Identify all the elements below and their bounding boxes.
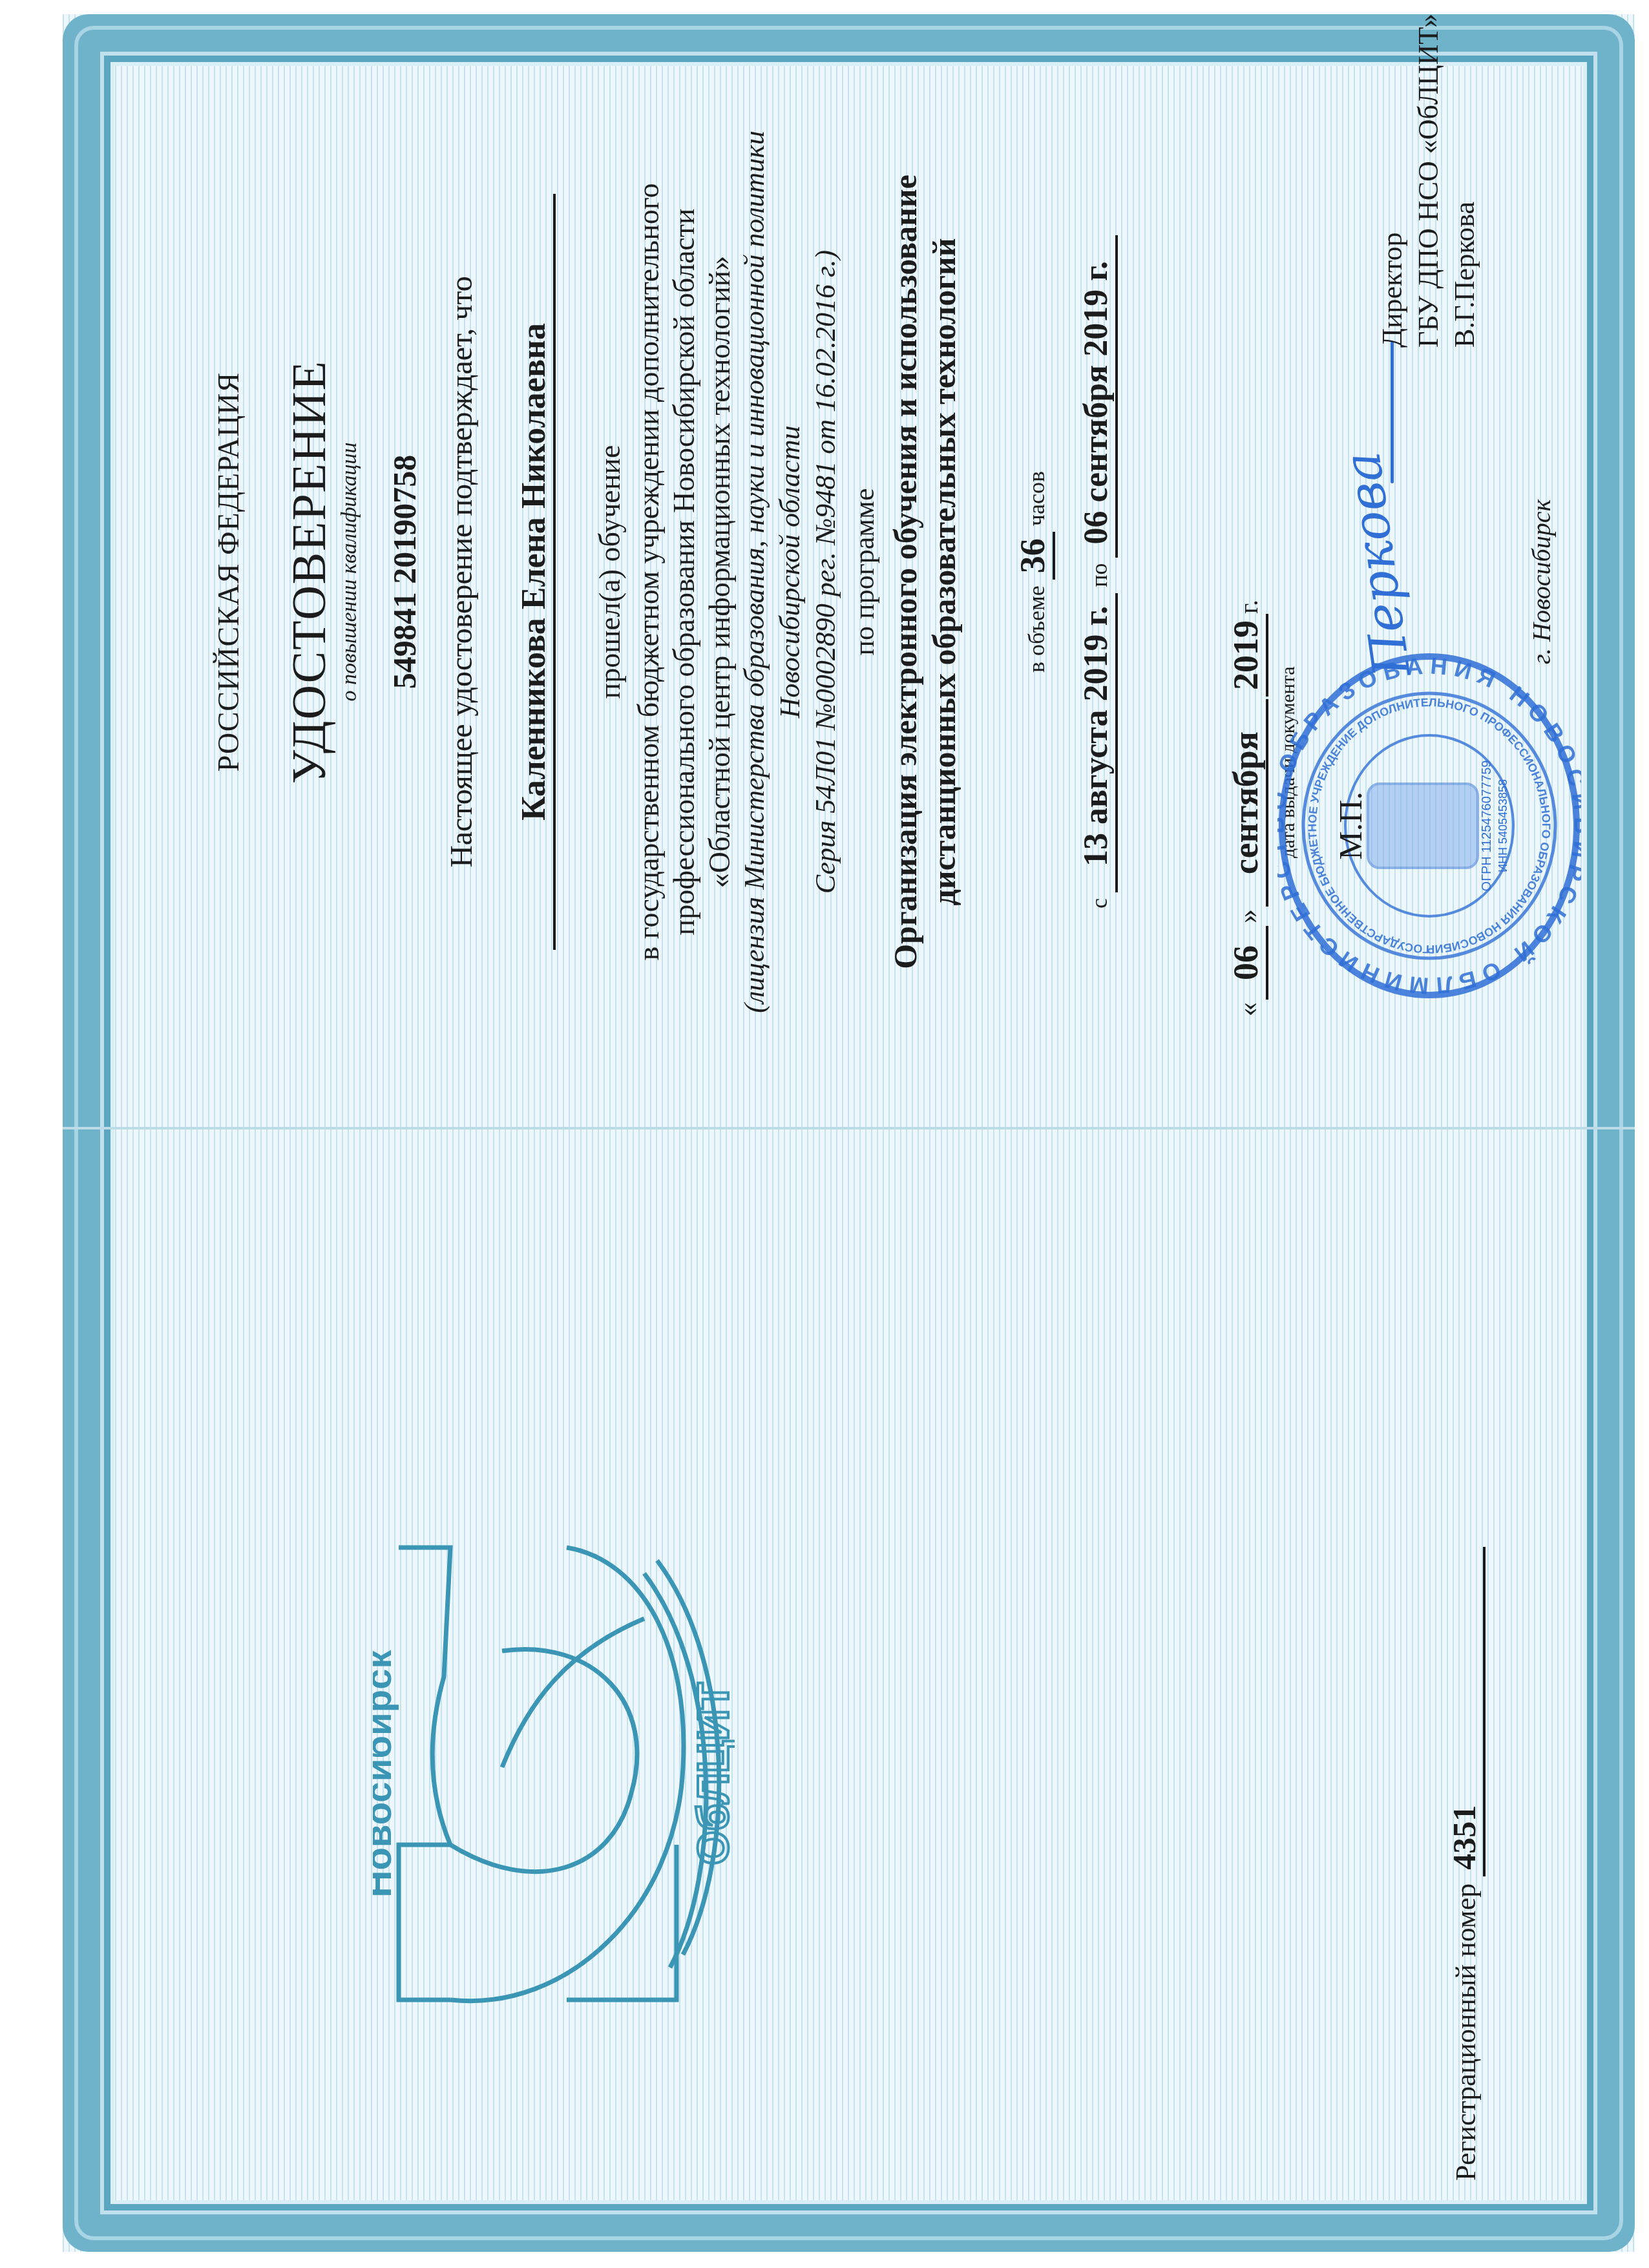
stamp-mp-label: М.П. — [1332, 792, 1369, 860]
full-name: Каленникова Елена Николаевна — [515, 194, 556, 950]
institution-line-2: профессионального образования Новосибирс… — [667, 14, 701, 1129]
full-name-row: Каленникова Елена Николаевна — [515, 14, 556, 1129]
completed-text: прошел(а) обучение — [593, 14, 627, 1129]
svg-text:Новосибирск: Новосибирск — [373, 1650, 399, 1898]
registration-line: Регистрационный номер 4351 — [1445, 1547, 1486, 2181]
stamp-ogrn: ОГРН 1125476077759 — [1480, 761, 1494, 892]
signer-title: Директор — [1374, 14, 1411, 348]
volume-hours: 36 — [1013, 532, 1055, 580]
period-row: с 13 августа 2019 г. по 06 сентября 2019… — [1077, 14, 1118, 1129]
oblcit-logo-icon: Новосибирск ОбЛЦИТ — [373, 1509, 735, 2039]
doc-title: УДОСТОВЕРЕНИЕ — [282, 14, 337, 1129]
signer-name: В.Г.Перкова — [1447, 14, 1483, 348]
volume-row: в объеме 36 часов — [1013, 14, 1055, 1129]
quote-close: » — [1232, 909, 1264, 923]
issue-day: 06 — [1226, 926, 1268, 1000]
signature-line — [1391, 341, 1394, 483]
official-stamp: МИНИСТЕРСТВО ОБРАЗОВАНИЯ НОВОСИБИРСКОЙ О… — [1277, 651, 1581, 1000]
period-to: 06 сентября 2019 г. — [1077, 235, 1118, 558]
volume-suffix: часов — [1024, 471, 1049, 526]
right-page: РОССИЙСКАЯ ФЕДЕРАЦИЯ УДОСТОВЕРЕНИЕ о пов… — [63, 14, 1635, 1129]
confirm-text: Настоящее удостоверение подтверждает, чт… — [444, 14, 479, 1129]
period-to-label: по — [1086, 563, 1112, 587]
program-line-2: дистанционных образовательных технологий — [925, 14, 963, 1129]
period-from-label: с — [1086, 898, 1112, 908]
program-line-1: Организация электронного обучения и испо… — [887, 14, 924, 1129]
doc-number: 549841 20190758 — [386, 14, 423, 1129]
issue-date: « 06 » сентября 2019г. — [1226, 600, 1268, 1016]
issue-year: 2019 — [1226, 614, 1268, 697]
license-line-2: Новосибирской области — [773, 14, 806, 1129]
signer-block: Директор ГБУ ДПО НСО «ОбЛЦИТ» В.Г.Перков… — [1374, 14, 1483, 348]
registration-number: 4351 — [1445, 1547, 1486, 1876]
certificate-sheet: Новосибирск ОбЛЦИТ Регистрационный номер… — [63, 14, 1635, 2252]
program-label: по программе — [848, 14, 881, 1129]
period-from: 13 августа 2019 г. — [1077, 593, 1118, 892]
institution-line-3: «Областной центр информационных технолог… — [702, 14, 737, 1129]
stamp-inn: ИНН 5405453858 — [1497, 779, 1509, 872]
signer-org: ГБУ ДПО НСО «ОбЛЦИТ» — [1411, 14, 1447, 348]
quote-open: « — [1232, 1002, 1264, 1016]
institution-line-1: в государственном бюджетном учреждении д… — [631, 14, 666, 1129]
country-heading: РОССИЙСКАЯ ФЕДЕРАЦИЯ — [211, 14, 246, 1129]
oblcit-logo: Новосибирск ОбЛЦИТ — [373, 1509, 735, 2039]
signature: Перкова — [1333, 448, 1422, 680]
license-line-3: Серия 54Л01 №0002890 рег. №9481 от 16.02… — [809, 14, 842, 1129]
city: г. Новосибирск — [1526, 499, 1557, 664]
license-line-1: (лицензия Министерства образования, наук… — [738, 14, 771, 1129]
issue-month: сентября — [1226, 699, 1268, 907]
svg-text:ОбЛЦИТ: ОбЛЦИТ — [689, 1683, 735, 1865]
left-page: Новосибирск ОбЛЦИТ Регистрационный номер… — [63, 1129, 1635, 2252]
doc-subtitle: о повышении квалификации — [337, 14, 362, 1129]
registration-label: Регистрационный номер — [1450, 1884, 1482, 2181]
year-suffix: г. — [1234, 600, 1263, 614]
volume-prefix: в объеме — [1024, 585, 1049, 673]
